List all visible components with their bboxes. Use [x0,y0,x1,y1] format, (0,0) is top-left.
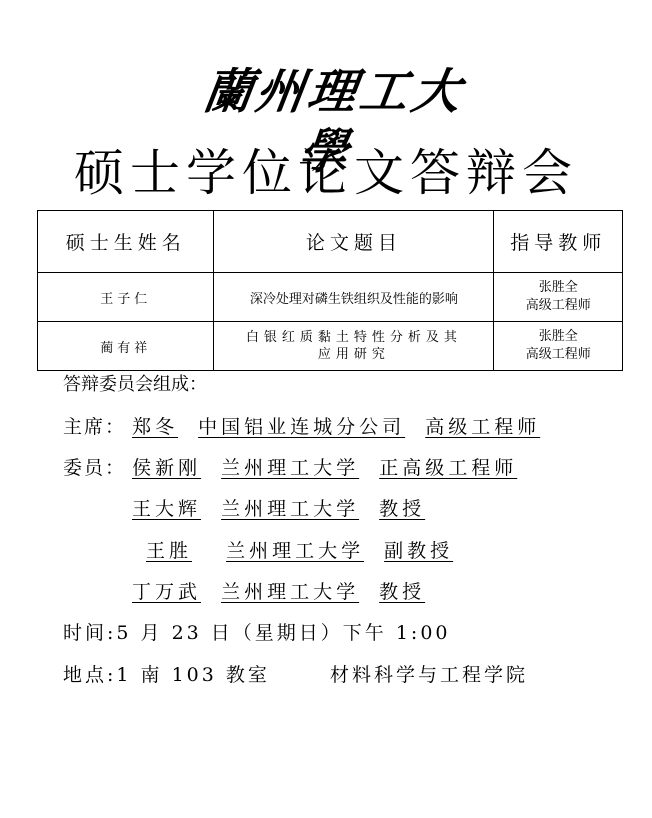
member-org: 兰州理工大学 [226,540,364,562]
thesis-topic-line: 白银红质黏土特性分析及其 [214,329,493,346]
chair-org: 中国铝业连城分公司 [198,416,405,438]
member-title: 教授 [379,498,425,520]
member-title: 教授 [379,581,425,603]
committee-chair-line: 主席： 郑冬 中国铝业连城分公司 高级工程师 [63,414,554,440]
table-header-row: 硕士生姓名 论文题目 指导教师 [38,211,623,273]
chair-title: 高级工程师 [425,416,540,438]
student-name: 王子仁 [38,273,214,322]
school-name: 材料科学与工程学院 [330,664,528,686]
committee-member-line: 丁万武 兰州理工大学 教授 [132,579,439,605]
university-logo: 蘭州理工大學 [196,62,472,122]
members-label: 委员： [63,457,126,479]
advisor: 张胜全 高级工程师 [494,322,623,371]
table-row: 王子仁 深冷处理对磷生铁组织及性能的影响 张胜全 高级工程师 [38,273,623,322]
thesis-topic-line: 深冷处理对磷生铁组织及性能的影响 [250,292,458,307]
chair-label: 主席： [63,416,126,438]
committee-member-line: 王胜 兰州理工大学 副教授 [146,538,467,564]
committee-heading: 答辩委员会组成： [63,372,207,398]
thesis-topic: 深冷处理对磷生铁组织及性能的影响 [214,273,494,322]
thesis-topic-line: 应用研究 [214,346,493,363]
member-name: 侯新刚 [132,457,201,479]
member-name: 丁万武 [132,581,201,603]
defense-time: 时间:5 月 23 日（星期日）下午 1:00 [63,620,451,646]
committee-member-line: 委员： 侯新刚 兰州理工大学 正高级工程师 [63,455,531,481]
student-name: 蔺有祥 [38,322,214,371]
advisor-title: 高级工程师 [494,297,622,315]
chair-name: 郑冬 [132,416,178,438]
advisor-title: 高级工程师 [494,346,622,364]
member-org: 兰州理工大学 [221,457,359,479]
defense-location: 地点:1 南 103 教室 [63,664,270,686]
thesis-table: 硕士生姓名 论文题目 指导教师 王子仁 深冷处理对磷生铁组织及性能的影响 张胜全… [37,210,623,371]
table-row: 蔺有祥 白银红质黏土特性分析及其 应用研究 张胜全 高级工程师 [38,322,623,371]
committee-member-line: 王大辉 兰州理工大学 教授 [132,496,439,522]
advisor-name: 张胜全 [494,279,622,297]
defense-location-line: 地点:1 南 103 教室 材料科学与工程学院 [63,662,528,688]
thesis-topic: 白银红质黏土特性分析及其 应用研究 [214,322,494,371]
member-org: 兰州理工大学 [221,498,359,520]
advisor-name: 张胜全 [494,328,622,346]
member-title: 正高级工程师 [379,457,517,479]
member-org: 兰州理工大学 [221,581,359,603]
page-title: 硕士学位论文答辩会 [0,140,652,206]
column-header-advisor: 指导教师 [494,211,623,273]
column-header-student: 硕士生姓名 [38,211,214,273]
column-header-topic: 论文题目 [214,211,494,273]
member-title: 副教授 [384,540,453,562]
member-name: 王胜 [146,540,192,562]
member-name: 王大辉 [132,498,201,520]
advisor: 张胜全 高级工程师 [494,273,623,322]
